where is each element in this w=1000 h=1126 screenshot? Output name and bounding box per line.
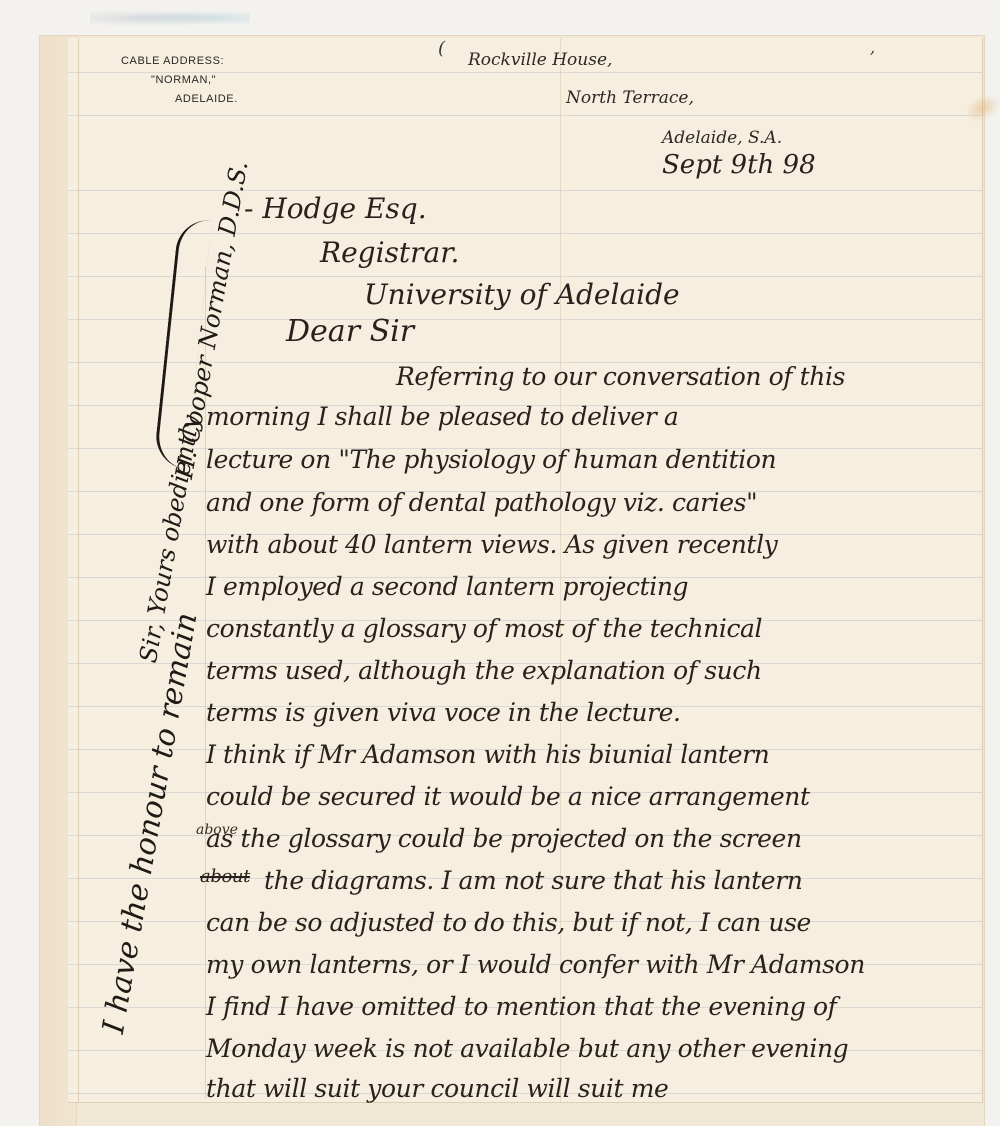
body-line: lecture on "The physiology of human dent… — [206, 445, 776, 474]
recipient-name: - Hodge Esq. — [244, 192, 427, 225]
recipient-title: Registrar. — [320, 236, 459, 269]
body-line: constantly a glossary of most of the tec… — [206, 614, 762, 643]
body-line: morning I shall be pleased to deliver a — [206, 402, 678, 431]
body-line: I think if Mr Adamson with his biunial l… — [206, 740, 769, 769]
fold-line — [560, 38, 561, 1102]
body-line: Monday week is not available but any oth… — [206, 1034, 848, 1063]
body-line: can be so adjusted to do this, but if no… — [206, 908, 811, 937]
body-line: could be secured it would be a nice arra… — [206, 782, 810, 811]
sender-address-line2: North Terrace, — [566, 88, 694, 108]
body-line: the diagrams. I am not sure that his lan… — [264, 866, 802, 895]
torn-ink-mark: , — [870, 38, 875, 57]
body-line: as the glossary could be projected on th… — [206, 824, 802, 853]
inserted-correction: above — [196, 822, 238, 838]
cable-address-label: CABLE ADDRESS: — [121, 52, 261, 71]
body-line: Referring to our conversation of this — [396, 362, 845, 391]
sender-address-line3: Adelaide, S.A. — [662, 128, 782, 148]
body-line: and one form of dental pathology viz. ca… — [206, 488, 757, 517]
body-line: I find I have omitted to mention that th… — [206, 992, 837, 1021]
sender-address-line1: Rockville House, — [468, 50, 612, 70]
paper-stain — [961, 89, 1000, 127]
body-line: terms used, although the explanation of … — [206, 656, 762, 685]
recipient-institution: University of Adelaide — [364, 278, 680, 311]
body-line: that will suit your council will suit me — [206, 1074, 668, 1103]
ruled-sheet — [68, 38, 983, 1103]
margin-line — [78, 38, 79, 1102]
struck-word: about — [200, 866, 250, 887]
cable-city: ADELAIDE. — [121, 90, 261, 109]
torn-ink-mark: ( — [438, 38, 445, 59]
body-line: terms is given viva voce in the lecture. — [206, 698, 681, 727]
body-line: I employed a second lantern projecting — [206, 572, 688, 601]
cable-name: "NORMAN," — [121, 71, 261, 90]
scan-artifact — [90, 8, 250, 28]
body-line: my own lanterns, or I would confer with … — [206, 950, 865, 979]
body-line: with about 40 lantern views. As given re… — [206, 530, 777, 559]
salutation: Dear Sir — [286, 314, 414, 349]
letterhead: CABLE ADDRESS: "NORMAN," ADELAIDE. — [121, 52, 261, 109]
letter-date: Sept 9th 98 — [662, 150, 816, 180]
